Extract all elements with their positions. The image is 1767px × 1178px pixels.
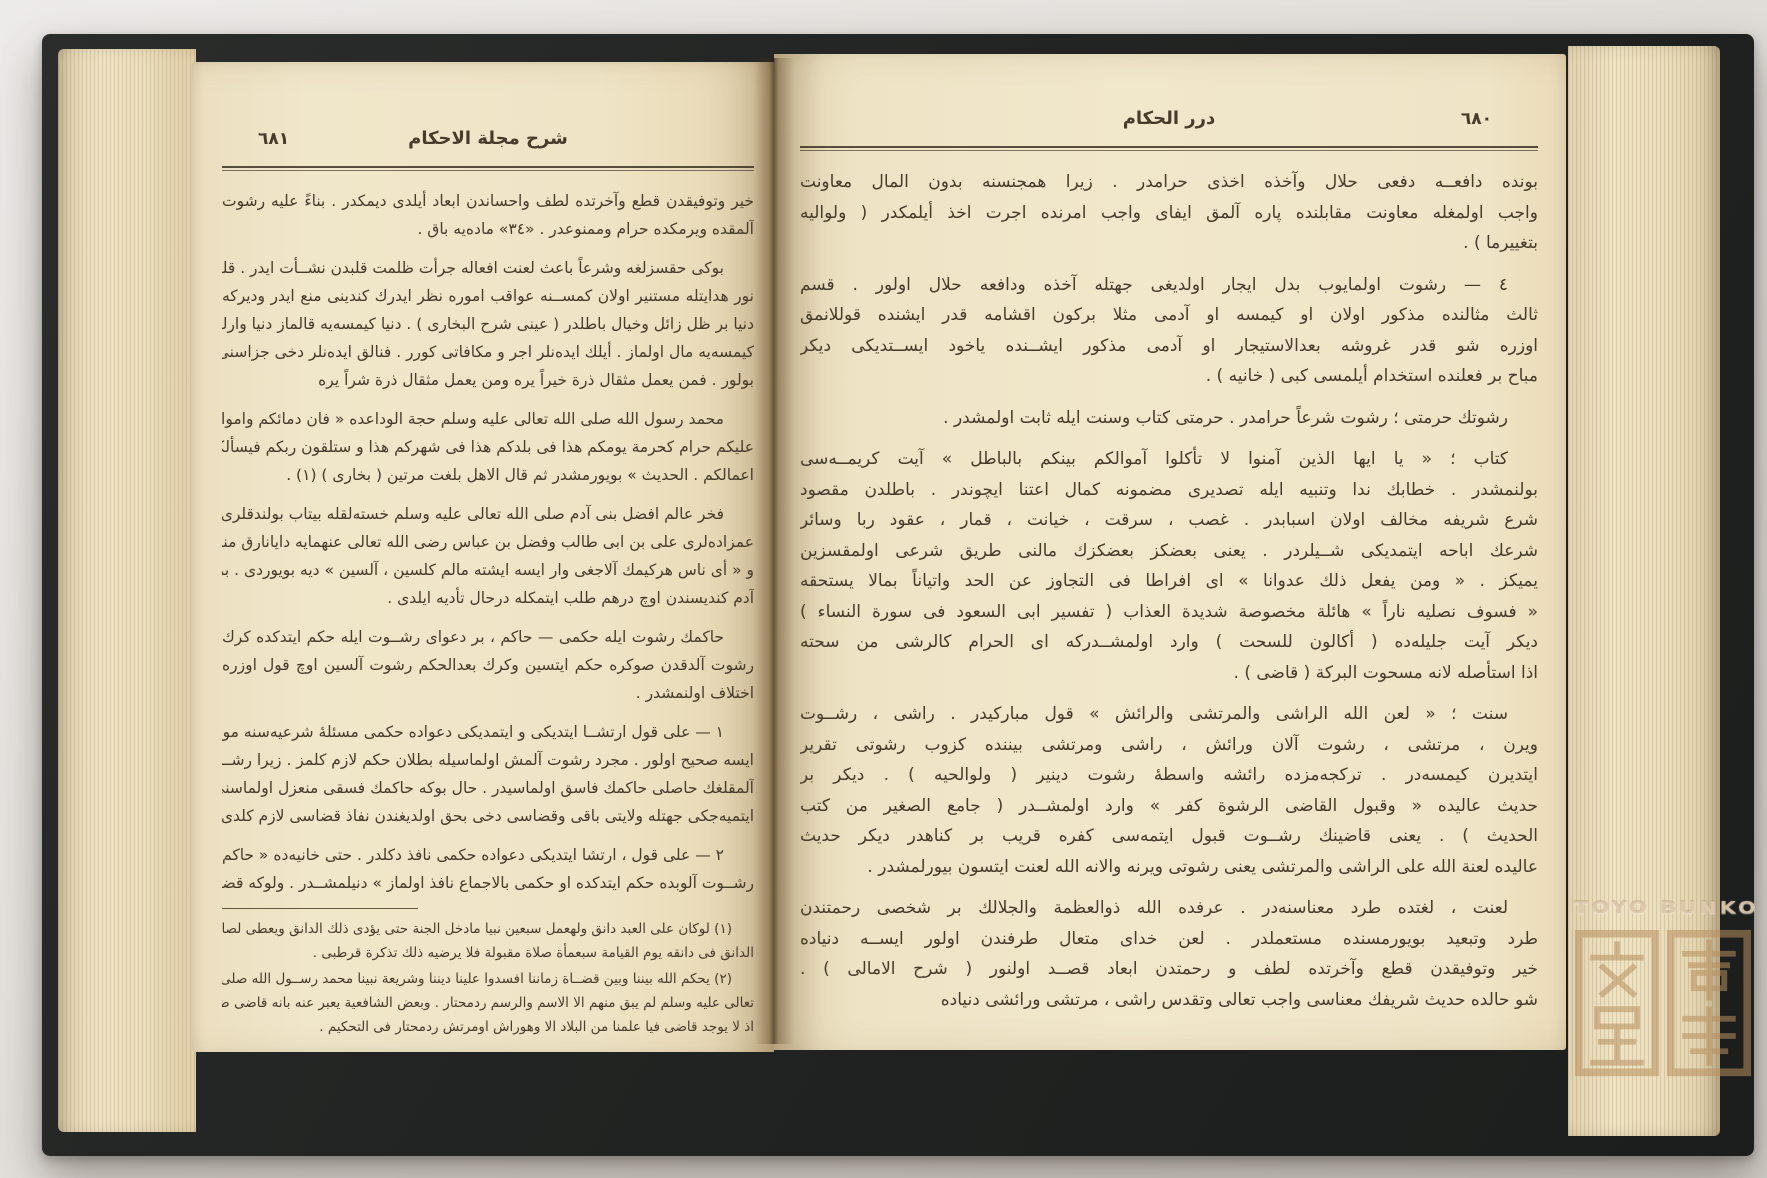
text-line: ٢ — على قول ، ارتشا ايتديكى دعواده حكمى … (222, 841, 754, 869)
text-line: ويرن ، مرتشى ، رشوت آلان ورائش ، راشى وم… (800, 730, 1538, 761)
text-line: حديث عاليده « وقبول القاضى الرشوة كفر » … (800, 791, 1538, 822)
text-line: سنت ؛ « لعن الله الراشى والمرتشى والرائش… (800, 699, 1538, 730)
paragraph: ٤ — رشوت اولمايوب بدل ايجار اولديغى جهتل… (800, 270, 1538, 392)
text-line: (١) لوكان على العبد دانق ولهعمل سبعين نب… (222, 917, 754, 941)
right-page: ٦٨٠ درر الحكام بونده دافعــه دفعى حلال و… (774, 54, 1566, 1050)
text-line: لعنت ، لغتده طرد معناسنه‌در . عرفده الله… (800, 893, 1538, 924)
text-line: شو حالده حديث شريفك معناسى واجب تعالى وت… (800, 985, 1538, 1016)
text-line: كيمسه‌يه مال اولماز . أيلك ايده‌نلر اجر … (222, 338, 754, 366)
text-line: الدانق فى دانقه يوم القيامة سبعمأة صلاة … (222, 941, 754, 965)
text-line: رشوت آلدقدن صوكره حكم ايتسين وكرك بعدالح… (222, 651, 754, 679)
text-line: اختلاف اولنمشدر . (222, 679, 754, 707)
text-line: عاليده لعنة الله على الراشى والمرتشى يعن… (800, 852, 1538, 883)
text-line: رشــوت آلوبده حكم ايتدكده او حكمى بالاجم… (222, 869, 754, 897)
text-line: ٤ — رشوت اولمايوب بدل ايجار اولديغى جهتل… (800, 270, 1538, 301)
footnote-rule (222, 908, 418, 909)
left-page-footnotes: (١) لوكان على العبد دانق ولهعمل سبعين نب… (222, 917, 754, 1039)
text-line: دنيا بر ظل زائل وخيال باطلدر ( عينى شرح … (222, 310, 754, 338)
paragraph: خير وتوفيقدن قطع وآخرتده لطف واحساندن اب… (222, 187, 754, 243)
text-line: بونده دافعــه دفعى حلال وآخذه اخذى حرامد… (800, 167, 1538, 198)
text-line: تعالى عليه وسلم لم يبق منهم الا الاسم وا… (222, 991, 754, 1015)
paragraph: (٢) يحكم الله بيننا وبين قضــاة زماننا ا… (222, 967, 754, 1039)
text-line: الحديث ) . يعنى قاضينك رشــوت قبول ايتمه… (800, 821, 1538, 852)
text-line: شرعك اباحه ايتمديكى شــيلردر . يعنى بعضك… (800, 536, 1538, 567)
text-line: (٢) يحكم الله بيننا وبين قضــاة زماننا ا… (222, 967, 754, 991)
right-page-title: درر الحكام (800, 108, 1538, 129)
text-line: نور هدايتله مستنير اولان كمســنه عواقب ا… (222, 282, 754, 310)
left-page-header: ٦٨١ شرح مجلة الاحكام (222, 128, 754, 162)
text-line: يميكز . « ومن يفعل ذلك عدوانا » اى افراط… (800, 566, 1538, 597)
left-page-body: خير وتوفيقدن قطع وآخرتده لطف واحساندن اب… (222, 187, 754, 897)
paragraph: سنت ؛ « لعن الله الراشى والمرتشى والرائش… (800, 699, 1538, 882)
left-page-title: شرح مجلة الاحكام (222, 128, 754, 149)
text-line: محمد رسول الله صلى الله تعالى عليه وسلم … (222, 405, 754, 433)
paragraph: ٢ — على قول ، ارتشا ايتديكى دعواده حكمى … (222, 841, 754, 897)
text-line: ١ — على قول ارتشــا ايتديكى و ايتمديكى د… (222, 718, 754, 746)
text-line: ثالث مثالنده مذكور اولان او كيمسه او آدم… (800, 300, 1538, 331)
text-line: ايتميه‌جكى جهتله ولايتى باقى وقضاسى دخى … (222, 802, 754, 830)
text-line: خير وتوفيقدن قطع وآخرتده لطف واحساندن اب… (222, 187, 754, 215)
text-line: بوكى حقسزلغه وشرعاً باعث لعنت افعاله جرأ… (222, 254, 754, 282)
text-line: شرع شريفه مخالف اولان اسبابدر . غصب ، سر… (800, 505, 1538, 536)
paragraph: بونده دافعــه دفعى حلال وآخذه اخذى حرامد… (800, 167, 1538, 259)
right-page-header: ٦٨٠ درر الحكام (800, 108, 1538, 142)
text-line: خير وتوفيقدن قطع وآخرتده لطف و رحمتدن اب… (800, 954, 1538, 985)
page-stack-left-edge (58, 49, 196, 1132)
text-line: رشوتك حرمتى ؛ رشوت شرعاً حرامدر . حرمتى … (800, 403, 1538, 434)
text-line: ايتديرن كيمسه‌در . تركجه‌مزده رائشه واسط… (800, 760, 1538, 791)
text-line: ديكر آيت جليله‌ده ( أكالون للسحت ) وارد … (800, 627, 1538, 658)
text-line: عمزاده‌لرى على بن ابى طالب وفضل بن عباس … (222, 528, 754, 556)
paragraph: فخر عالم افضل بنى آدم صلى الله تعالى علي… (222, 500, 754, 612)
paragraph: كتاب ؛ « يا ايها الذين آمنوا لا تأكلوا آ… (800, 444, 1538, 688)
text-line: آلمقده ويرمكده حرام وممنوعدر . «٣٤» ماده… (222, 215, 754, 243)
text-line: واجب اولمغله معاونت مقابلنده پاره آلمق ا… (800, 198, 1538, 229)
text-line: اعمالكم . الحديث » بويورمشدر ثم قال الاه… (222, 461, 754, 489)
right-header-rule (800, 146, 1538, 151)
text-line: حاكمك رشوت ايله حكمى — حاكم ، بر دعواى ر… (222, 623, 754, 651)
paragraph: (١) لوكان على العبد دانق ولهعمل سبعين نب… (222, 917, 754, 965)
text-line: طرد وتبعيد بويورمسنده مستعملدر . لعن خدا… (800, 924, 1538, 955)
photo-background: ٦٨١ شرح مجلة الاحكام خير وتوفيقدن قطع وآ… (0, 0, 1767, 1178)
text-line: مباح بر فعلنده استخدام أيلمسى كبى ( خاني… (800, 361, 1538, 392)
paragraph: بوكى حقسزلغه وشرعاً باعث لعنت افعاله جرأ… (222, 254, 754, 394)
text-line: و « أى ناس هركيمك آلاجغى وار ايسه ايشته … (222, 556, 754, 584)
text-line: بتغييرما ) . (800, 228, 1538, 259)
text-line: كتاب ؛ « يا ايها الذين آمنوا لا تأكلوا آ… (800, 444, 1538, 475)
paragraph: محمد رسول الله صلى الله تعالى عليه وسلم … (222, 405, 754, 489)
paragraph: ١ — على قول ارتشــا ايتديكى و ايتمديكى د… (222, 718, 754, 830)
text-line: بولنمشدر . خطابك ندا وتنبيه ايله تصديرى … (800, 475, 1538, 506)
text-line: اذ لا يوجد قاضى فيا علمنا من البلاد الا … (222, 1015, 754, 1039)
left-header-rule (222, 166, 754, 171)
text-line: فخر عالم افضل بنى آدم صلى الله تعالى علي… (222, 500, 754, 528)
right-page-body: بونده دافعــه دفعى حلال وآخذه اخذى حرامد… (800, 167, 1538, 1015)
text-line: آدم كنديسندن اوچ درهم طلب ايتمكله درحال … (222, 584, 754, 612)
text-line: بولور . فمن يعمل مثقال ذرة خيراً يره ومن… (222, 366, 754, 394)
text-line: آلمقلغك حاصلى حاكمك فاسق اولماسيدر . حال… (222, 774, 754, 802)
text-line: ايسه صحيح اولور . مجرد رشوت آلمش اولماسي… (222, 746, 754, 774)
text-line: اوزره شو قدر غروشه بعدالاستيجار او آدمى … (800, 331, 1538, 362)
text-line: اذا استأصله لانه مسحوت البركة ( قاضى ) . (800, 658, 1538, 689)
text-line: « فسوف نصليه ناراً » هائلة مخصوصة شديدة … (800, 597, 1538, 628)
text-line: عليكم حرام كحرمة يومكم هذا فى بلدكم هذا … (222, 433, 754, 461)
page-stack-right-edge (1568, 46, 1720, 1136)
book: ٦٨١ شرح مجلة الاحكام خير وتوفيقدن قطع وآ… (42, 34, 1754, 1156)
left-page: ٦٨١ شرح مجلة الاحكام خير وتوفيقدن قطع وآ… (192, 62, 774, 1052)
paragraph: حاكمك رشوت ايله حكمى — حاكم ، بر دعواى ر… (222, 623, 754, 707)
paragraph: لعنت ، لغتده طرد معناسنه‌در . عرفده الله… (800, 893, 1538, 1015)
paragraph: رشوتك حرمتى ؛ رشوت شرعاً حرامدر . حرمتى … (800, 403, 1538, 434)
